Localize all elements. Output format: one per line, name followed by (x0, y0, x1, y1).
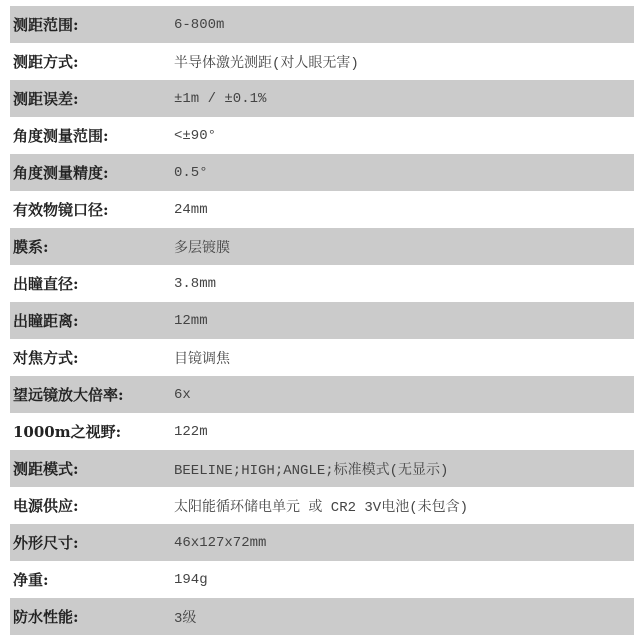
spec-value: 24mm (172, 202, 634, 218)
spec-row-dimensions: 外形尺寸:46x127x72mm (10, 524, 634, 561)
spec-value: 3级 (172, 607, 634, 627)
spec-row-eye-relief: 出瞳距离:12mm (10, 302, 634, 339)
spec-row-waterproof: 防水性能:3级 (10, 598, 634, 635)
spec-row-error: 测距误差:±1m / ±0.1% (10, 80, 634, 117)
spec-value: 46x127x72mm (172, 535, 634, 551)
spec-row-modes: 测距模式:BEELINE;HIGH;ANGLE;标准模式(无显示) (10, 450, 634, 487)
spec-label: 膜系: (10, 236, 172, 257)
spec-value: 12mm (172, 313, 634, 329)
spec-value: 半导体激光测距(对人眼无害) (172, 52, 634, 72)
spec-label: 角度测量范围: (10, 125, 172, 146)
spec-value: ±1m / ±0.1% (172, 91, 634, 107)
spec-row-range: 测距范围:6-800m (10, 6, 634, 43)
spec-value: 6-800m (172, 17, 634, 33)
spec-value: 194g (172, 572, 634, 588)
spec-label: 角度测量精度: (10, 162, 172, 183)
spec-value: 目镜调焦 (172, 348, 634, 368)
spec-row-aperture: 有效物镜口径:24mm (10, 191, 634, 228)
spec-label: 有效物镜口径: (10, 199, 172, 220)
spec-label: 1000m之视野: (10, 421, 172, 442)
spec-row-field-of-view: 1000m之视野:122m (10, 413, 634, 450)
spec-label: 出瞳直径: (10, 273, 172, 294)
spec-label: 防水性能: (10, 606, 172, 627)
spec-value: 3.8mm (172, 276, 634, 292)
spec-row-method: 测距方式:半导体激光测距(对人眼无害) (10, 43, 634, 80)
spec-value: 多层镀膜 (172, 237, 634, 257)
spec-label: 测距方式: (10, 51, 172, 72)
spec-row-angle-precision: 角度测量精度:0.5° (10, 154, 634, 191)
spec-label: 出瞳距离: (10, 310, 172, 331)
spec-label: 净重: (10, 569, 172, 590)
spec-value: 6x (172, 387, 634, 403)
spec-row-angle-range: 角度测量范围:<±90° (10, 117, 634, 154)
spec-value: BEELINE;HIGH;ANGLE;标准模式(无显示) (172, 459, 634, 479)
spec-row-magnification: 望远镜放大倍率:6x (10, 376, 634, 413)
spec-row-power: 电源供应:太阳能循环储电单元 或 CR2 3V电池(未包含) (10, 487, 634, 524)
spec-label: 外形尺寸: (10, 532, 172, 553)
spec-table: 测距范围:6-800m 测距方式:半导体激光测距(对人眼无害) 测距误差:±1m… (10, 6, 634, 635)
spec-row-exit-pupil-diameter: 出瞳直径:3.8mm (10, 265, 634, 302)
spec-row-coating: 膜系:多层镀膜 (10, 228, 634, 265)
spec-label: 电源供应: (10, 495, 172, 516)
spec-value: 122m (172, 424, 634, 440)
spec-value: 0.5° (172, 165, 634, 181)
spec-label: 望远镜放大倍率: (10, 384, 172, 405)
spec-row-focus: 对焦方式:目镜调焦 (10, 339, 634, 376)
spec-label: 测距范围: (10, 14, 172, 35)
spec-label: 对焦方式: (10, 347, 172, 368)
spec-value: 太阳能循环储电单元 或 CR2 3V电池(未包含) (172, 496, 634, 516)
spec-label: 测距误差: (10, 88, 172, 109)
spec-row-weight: 净重:194g (10, 561, 634, 598)
spec-label: 测距模式: (10, 458, 172, 479)
spec-value: <±90° (172, 128, 634, 144)
